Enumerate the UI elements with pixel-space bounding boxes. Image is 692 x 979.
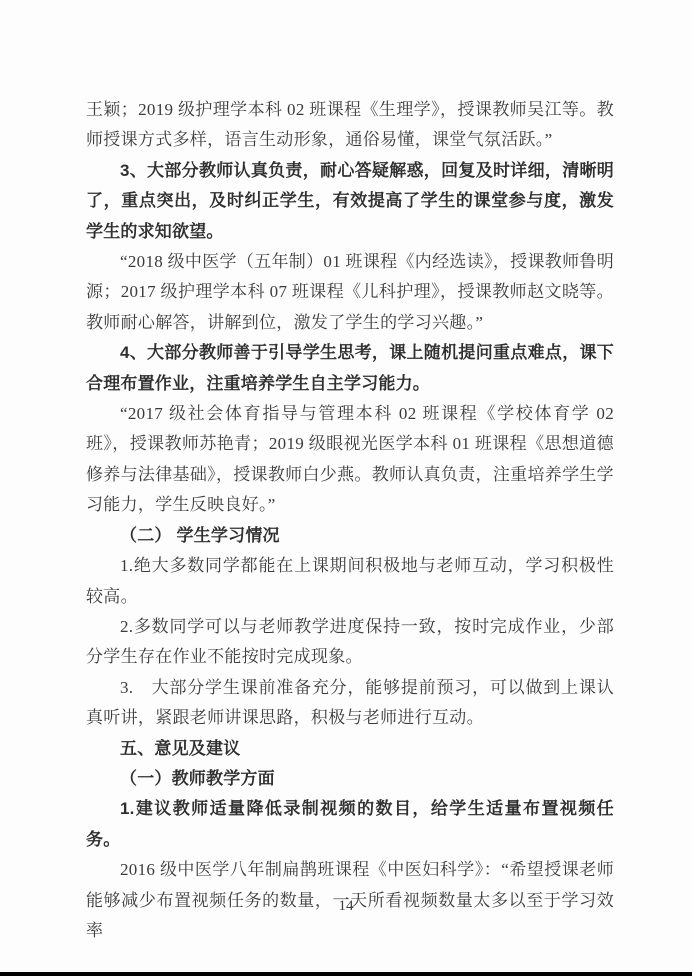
- paragraph-teacher-point-3: 3、大部分教师认真负责，耐心答疑解惑，回复及时详细，清晰明了，重点突出，及时纠正…: [86, 156, 614, 247]
- page-number: 14: [0, 898, 692, 915]
- paragraph-student-point-3: 3. 大部分学生课前准备充分，能够提前预习，可以做到上课认真听讲，紧跟老师讲课思…: [86, 673, 614, 734]
- paragraph-student-point-1: 1.绝大多数同学都能在上课期间积极地与老师互动，学习积极性较高。: [86, 551, 614, 612]
- paragraph-student-point-2: 2.多数同学可以与老师教学进度保持一致，按时完成作业，少部分学生存在作业不能按时…: [86, 612, 614, 673]
- paragraph-quote-2017-courses: “2017 级社会体育指导与管理本科 02 班课程《学校体育学 02 班》，授课…: [86, 399, 614, 521]
- paragraph-quote-2018-courses: “2018 级中医学（五年制）01 班课程《内经选读》，授课教师鲁明源；2017…: [86, 247, 614, 338]
- chapter-heading-opinions-suggestions: 五、意见及建议: [86, 734, 614, 764]
- page-content: 王颖；2019 级护理学本科 02 班课程《生理学》，授课教师吴江等。教师授课方…: [86, 95, 614, 946]
- paragraph-teacher-point-4: 4、大部分教师善于引导学生思考，课上随机提问重点难点，课下合理布置作业，注重培养…: [86, 338, 614, 399]
- paragraph-suggestion-1: 1.建议教师适量降低录制视频的数目，给学生适量布置视频任务。: [86, 794, 614, 855]
- page-bottom-edge: [0, 972, 692, 976]
- section-heading-student-learning: （二） 学生学习情况: [86, 521, 614, 551]
- paragraph-continuation-teacher-wangying: 王颖；2019 级护理学本科 02 班课程《生理学》，授课教师吴江等。教师授课方…: [86, 95, 614, 156]
- section-heading-teacher-teaching: （一）教师教学方面: [86, 764, 614, 794]
- document-page: 王颖；2019 级护理学本科 02 班课程《生理学》，授课教师吴江等。教师授课方…: [0, 0, 692, 979]
